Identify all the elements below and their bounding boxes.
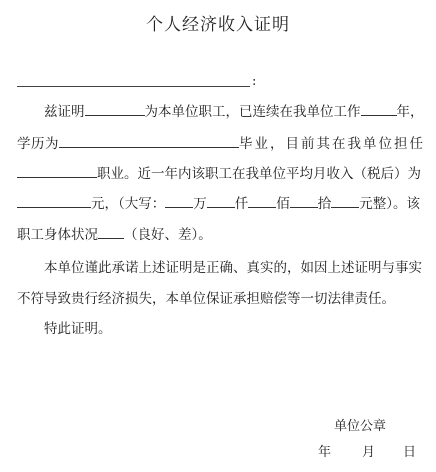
para2-line2: 不符导致贵行经济损失，本单位保证承担赔偿等一切法律责任。 xyxy=(17,289,395,309)
bai-blank[interactable] xyxy=(248,193,276,208)
text-education: 学历为 xyxy=(17,136,59,152)
para1-line1: 兹证明为本单位职工，已连续在我单位工作年， xyxy=(44,101,424,122)
unit-wan: 万 xyxy=(193,196,207,212)
para1-line4: 元，（大写：万仟佰拾元整）。该 xyxy=(17,193,420,214)
text-certify: 兹证明 xyxy=(44,104,85,120)
text-graduated: 毕业，目前其在我单位担任 xyxy=(239,136,425,152)
years-blank[interactable] xyxy=(361,101,397,116)
text-years: 年， xyxy=(397,104,424,120)
text-employee: 为本单位职工，已连续在我单位工作 xyxy=(145,104,361,120)
employee-name-blank[interactable] xyxy=(85,101,145,116)
text-capital: 元，（大写： xyxy=(91,196,165,212)
para1-line5: 职工身体状况（良好、差）。 xyxy=(17,224,212,245)
date-year: 年 xyxy=(318,443,331,463)
yuan-blank[interactable] xyxy=(331,193,359,208)
date-day: 日 xyxy=(403,443,416,463)
qian-blank[interactable] xyxy=(207,193,235,208)
unit-yuan: 元整）。该 xyxy=(359,196,420,212)
para1-line2: 学历为毕业，目前其在我单位担任 xyxy=(17,133,425,154)
position-blank[interactable] xyxy=(17,163,97,178)
wan-blank[interactable] xyxy=(165,193,193,208)
date-month: 月 xyxy=(362,443,375,463)
shi-blank[interactable] xyxy=(290,193,318,208)
education-blank[interactable] xyxy=(59,133,239,148)
unit-bai: 佰 xyxy=(276,196,290,212)
unit-shi: 拾 xyxy=(318,196,332,212)
para1-line3: 职业。近一年内该职工在我单位平均月收入（税后）为 xyxy=(17,163,421,184)
health-blank[interactable] xyxy=(98,224,124,239)
addressee-blank[interactable] xyxy=(17,86,250,87)
text-income: 职业。近一年内该职工在我单位平均月收入（税后）为 xyxy=(97,166,421,182)
addressee-colon: : xyxy=(252,74,256,89)
income-amount-blank[interactable] xyxy=(17,193,91,208)
text-health-options: （良好、差）。 xyxy=(124,227,212,243)
unit-qian: 仟 xyxy=(235,196,249,212)
document-title: 个人经济收入证明 xyxy=(0,10,436,35)
para2-line1: 本单位谨此承诺上述证明是正确、真实的，如因上述证明与事实 xyxy=(44,258,422,278)
closing-text: 特此证明。 xyxy=(44,319,112,339)
seal-label: 单位公章 xyxy=(334,417,386,437)
text-health: 职工身体状况 xyxy=(17,227,98,243)
